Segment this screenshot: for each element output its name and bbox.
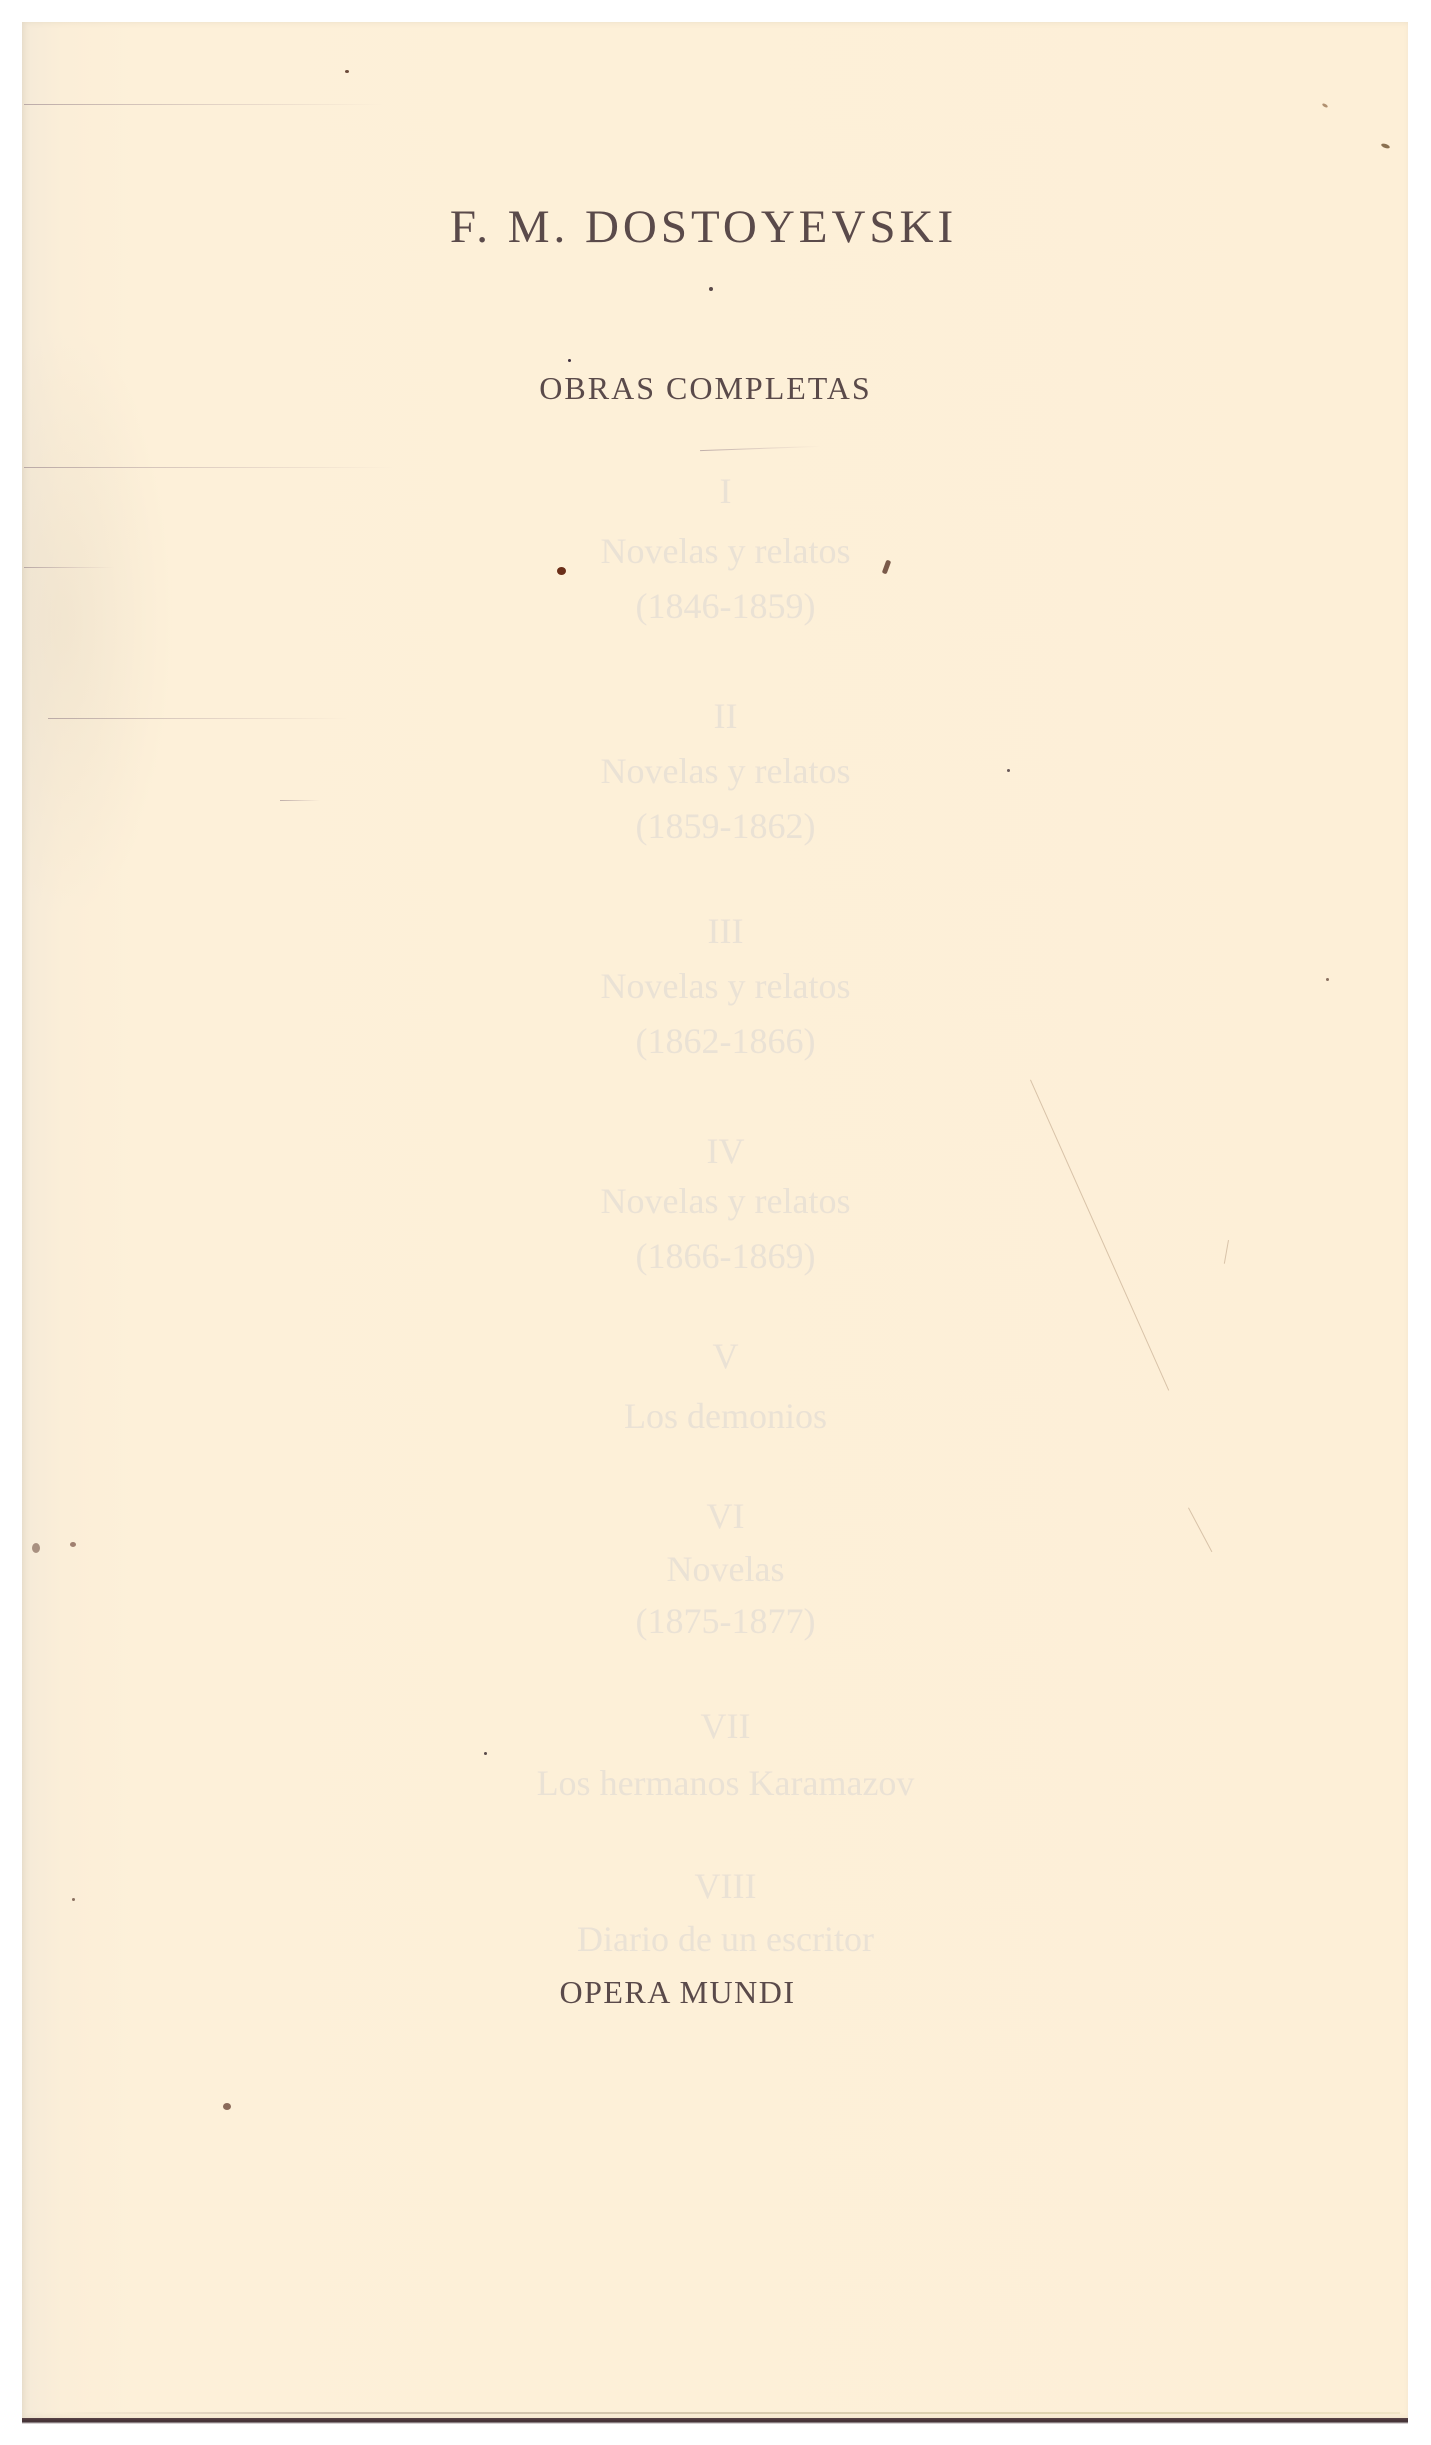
ink-speck xyxy=(345,70,349,73)
ghost-volume-title: Diario de un escritor xyxy=(10,1918,1431,1960)
page-bottom-shadow xyxy=(22,2418,1408,2424)
series-title: OBRAS COMPLETAS xyxy=(0,370,1421,407)
ghost-volume-years: (1875-1877) xyxy=(10,1600,1431,1642)
ink-speck xyxy=(70,1542,76,1547)
page-bottom-edge xyxy=(60,2412,1400,2414)
ink-speck xyxy=(709,287,713,291)
ghost-volume-title: Novelas y relatos xyxy=(10,965,1431,1007)
crease-mark xyxy=(24,467,394,468)
ghost-numeral: VIII xyxy=(10,1865,1431,1907)
crease-mark xyxy=(280,800,320,801)
ghost-numeral: III xyxy=(10,910,1431,952)
ink-speck xyxy=(484,1752,487,1755)
ghost-volume-title: Los demonios xyxy=(10,1395,1431,1437)
ghost-volume-years: (1846-1859) xyxy=(10,585,1431,627)
ghost-volume-title: Novelas y relatos xyxy=(10,530,1431,572)
author-name: F. M. DOSTOYEVSKI xyxy=(0,200,1419,254)
ghost-numeral: VII xyxy=(10,1705,1431,1747)
ink-speck xyxy=(568,359,571,362)
ghost-volume-title: Los hermanos Karamazov xyxy=(10,1762,1431,1804)
ghost-volume-years: (1866-1869) xyxy=(10,1235,1431,1277)
ghost-numeral: I xyxy=(10,470,1431,512)
ghost-numeral: VI xyxy=(10,1495,1431,1537)
ghost-volume-years: (1859-1862) xyxy=(10,805,1431,847)
crease-mark xyxy=(24,104,384,105)
publisher-name: OPERA MUNDI xyxy=(0,1974,1393,2011)
ghost-numeral: II xyxy=(10,695,1431,737)
ghost-volume-years: (1862-1866) xyxy=(10,1020,1431,1062)
ghost-volume-title: Novelas y relatos xyxy=(10,750,1431,792)
ghost-numeral: V xyxy=(10,1335,1431,1377)
ink-speck xyxy=(223,2103,231,2110)
ghost-numeral: IV xyxy=(10,1130,1431,1172)
ghost-volume-title: Novelas xyxy=(10,1548,1431,1590)
ghost-volume-title: Novelas y relatos xyxy=(10,1180,1431,1222)
